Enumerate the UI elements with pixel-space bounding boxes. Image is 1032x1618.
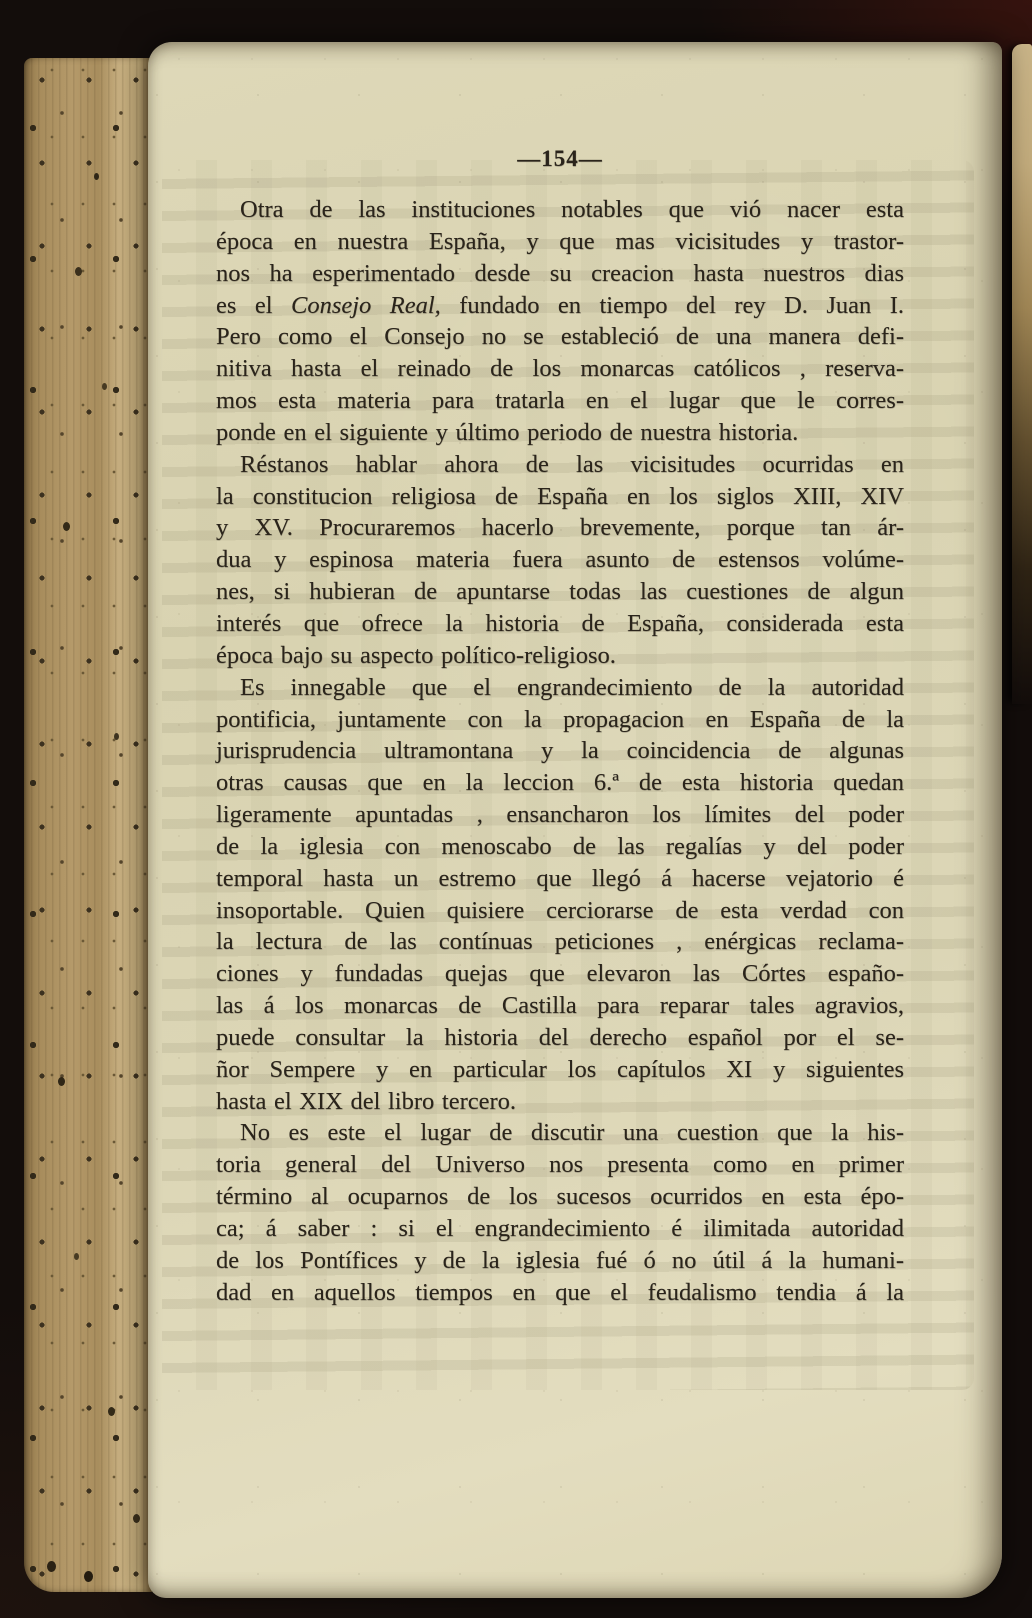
book-page: —154— Otra de las instituciones notables… <box>148 42 1002 1598</box>
text-line: de la iglesia con menoscabo de las regal… <box>216 831 904 863</box>
paragraph-1: Otra de las instituciones notables que v… <box>216 194 904 449</box>
text-line: toria general del Universo nos presenta … <box>216 1149 904 1181</box>
paragraph-3: Es innegable que el engrandecimiento de … <box>216 672 904 1118</box>
text-line: nos ha esperimentado desde su creacion h… <box>216 258 904 290</box>
text-line: época bajo su aspecto político-religioso… <box>216 640 904 672</box>
text-line: insoportable. Quien quisiere cerciorarse… <box>216 895 904 927</box>
italic-phrase: Consejo Real, <box>291 292 441 319</box>
text-line: ligeramente apuntadas , ensancharon los … <box>216 799 904 831</box>
text-line: jurisprudencia ultramontana y la coincid… <box>216 735 904 767</box>
text-line: temporal hasta un estremo que llegó á ha… <box>216 863 904 895</box>
text-line: No es este el lugar de discutir una cues… <box>216 1117 904 1149</box>
text-line: nes, si hubieran de apuntarse todas las … <box>216 576 904 608</box>
paragraph-2: Réstanos hablar ahora de las vicisitudes… <box>216 449 904 672</box>
text-line: pontificia, juntamente con la propagacio… <box>216 704 904 736</box>
scanned-book-photo: —154— Otra de las instituciones notables… <box>0 0 1032 1618</box>
text-segment: es el <box>216 292 291 319</box>
text-line: Es innegable que el engrandecimiento de … <box>216 672 904 704</box>
text-line: dad en aquellos tiempos en que el feudal… <box>216 1277 904 1309</box>
paragraph-4: No es este el lugar de discutir una cues… <box>216 1117 904 1308</box>
text-line: de los Pontífices y de la iglesia fué ó … <box>216 1245 904 1277</box>
text-line: es el Consejo Real, fundado en tiempo de… <box>216 290 904 322</box>
text-line: ciones y fundadas quejas que elevaron la… <box>216 958 904 990</box>
text-line: Otra de las instituciones notables que v… <box>216 194 904 226</box>
text-line: ñor Sempere y en particular los capítulo… <box>216 1054 904 1086</box>
text-line: Pero como el Consejo no se estableció de… <box>216 321 904 353</box>
text-line: y XV. Procuraremos hacerlo brevemente, p… <box>216 512 904 544</box>
adjacent-page-edge <box>1012 44 1032 704</box>
text-line: dua y espinosa materia fuera asunto de e… <box>216 544 904 576</box>
page-number: —154— <box>216 146 904 172</box>
text-line: mos esta materia para tratarla en el lug… <box>216 385 904 417</box>
text-line: la constitucion religiosa de España en l… <box>216 481 904 513</box>
text-line: otras causas que en la leccion 6.ª de es… <box>216 767 904 799</box>
text-line: hasta el XIX del libro tercero. <box>216 1086 904 1118</box>
text-line: época en nuestra España, y que mas vicis… <box>216 226 904 258</box>
book-fore-edge <box>24 58 152 1592</box>
text-line: Réstanos hablar ahora de las vicisitudes… <box>216 449 904 481</box>
text-line: término al ocuparnos de los sucesos ocur… <box>216 1181 904 1213</box>
text-segment: fundado en tiempo del rey D. Juan I. <box>441 292 904 319</box>
text-line: las á los monarcas de Castilla para repa… <box>216 990 904 1022</box>
text-line: ponde en el siguiente y último periodo d… <box>216 417 904 449</box>
page-text: Otra de las instituciones notables que v… <box>216 194 904 1309</box>
text-line: nitiva hasta el reinado de los monarcas … <box>216 353 904 385</box>
text-line: puede consultar la historia del derecho … <box>216 1022 904 1054</box>
text-line: la lectura de las contínuas peticiones ,… <box>216 926 904 958</box>
text-line: interés que ofrece la historia de España… <box>216 608 904 640</box>
text-line: ca; á saber : si el engrandecimiento é i… <box>216 1213 904 1245</box>
